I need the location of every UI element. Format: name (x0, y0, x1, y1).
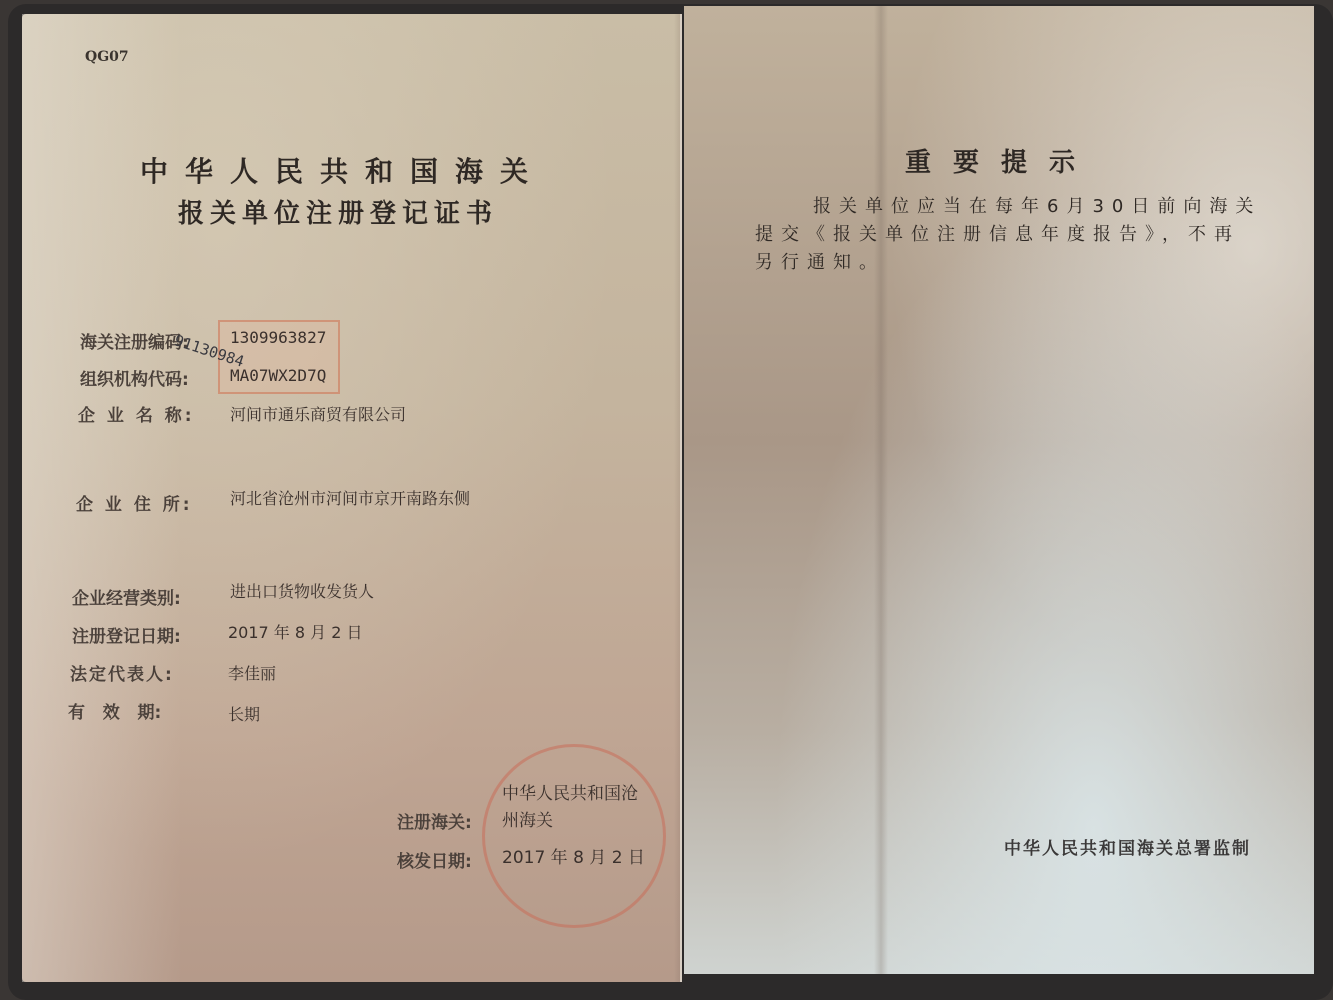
field-value-company-name: 河间市通乐商贸有限公司 (230, 402, 406, 425)
page-spine (680, 14, 682, 982)
issue-date-label: 核发日期: (397, 847, 472, 872)
official-seal (482, 744, 666, 928)
field-label-validity: 有 效 期: (68, 698, 161, 723)
form-code: QG07 (85, 49, 129, 65)
field-value-address: 河北省沧州市河间市京开南路东侧 (230, 486, 470, 509)
certificate-title-line2: 报关单位注册登记证书 (178, 193, 498, 230)
notice-body: 报关单位应当在每年6月30日前向海关提交《报关单位注册信息年度报告》，不再另行通… (755, 193, 1265, 277)
field-label-address: 企 业 住 所: (76, 490, 193, 515)
field-value-validity: 长期 (228, 702, 260, 725)
field-label-registration-date: 注册登记日期: (72, 622, 181, 647)
field-label-customs-code: 海关注册编码: (80, 328, 189, 353)
field-value-legal-rep: 李佳丽 (228, 661, 276, 684)
issuer-value-line1: 中华人民共和国沧 (502, 779, 638, 804)
field-label-company-name: 企 业 名 称: (78, 401, 195, 426)
publisher-line: 中华人民共和国海关总署监制 (1004, 834, 1251, 859)
field-label-legal-rep: 法定代表人: (70, 660, 174, 685)
notice-title: 重要提示 (905, 142, 1097, 179)
field-value-registration-date: 2017 年 8 月 2 日 (228, 620, 363, 643)
field-value-org-code: MA07WX2D7Q (230, 366, 326, 385)
field-label-org-code: 组织机构代码: (80, 365, 189, 390)
field-value-customs-code: 1309963827 (230, 328, 326, 347)
field-value-business-type: 进出口货物收发货人 (230, 579, 374, 602)
issuer-label: 注册海关: (397, 808, 472, 833)
certificate-title-line1: 中华人民共和国海关 (140, 150, 545, 190)
field-label-business-type: 企业经营类别: (72, 584, 181, 609)
issue-date-value: 2017 年 8 月 2 日 (502, 843, 645, 868)
issuer-value-line2: 州海关 (502, 806, 553, 831)
page-fold (874, 6, 888, 974)
